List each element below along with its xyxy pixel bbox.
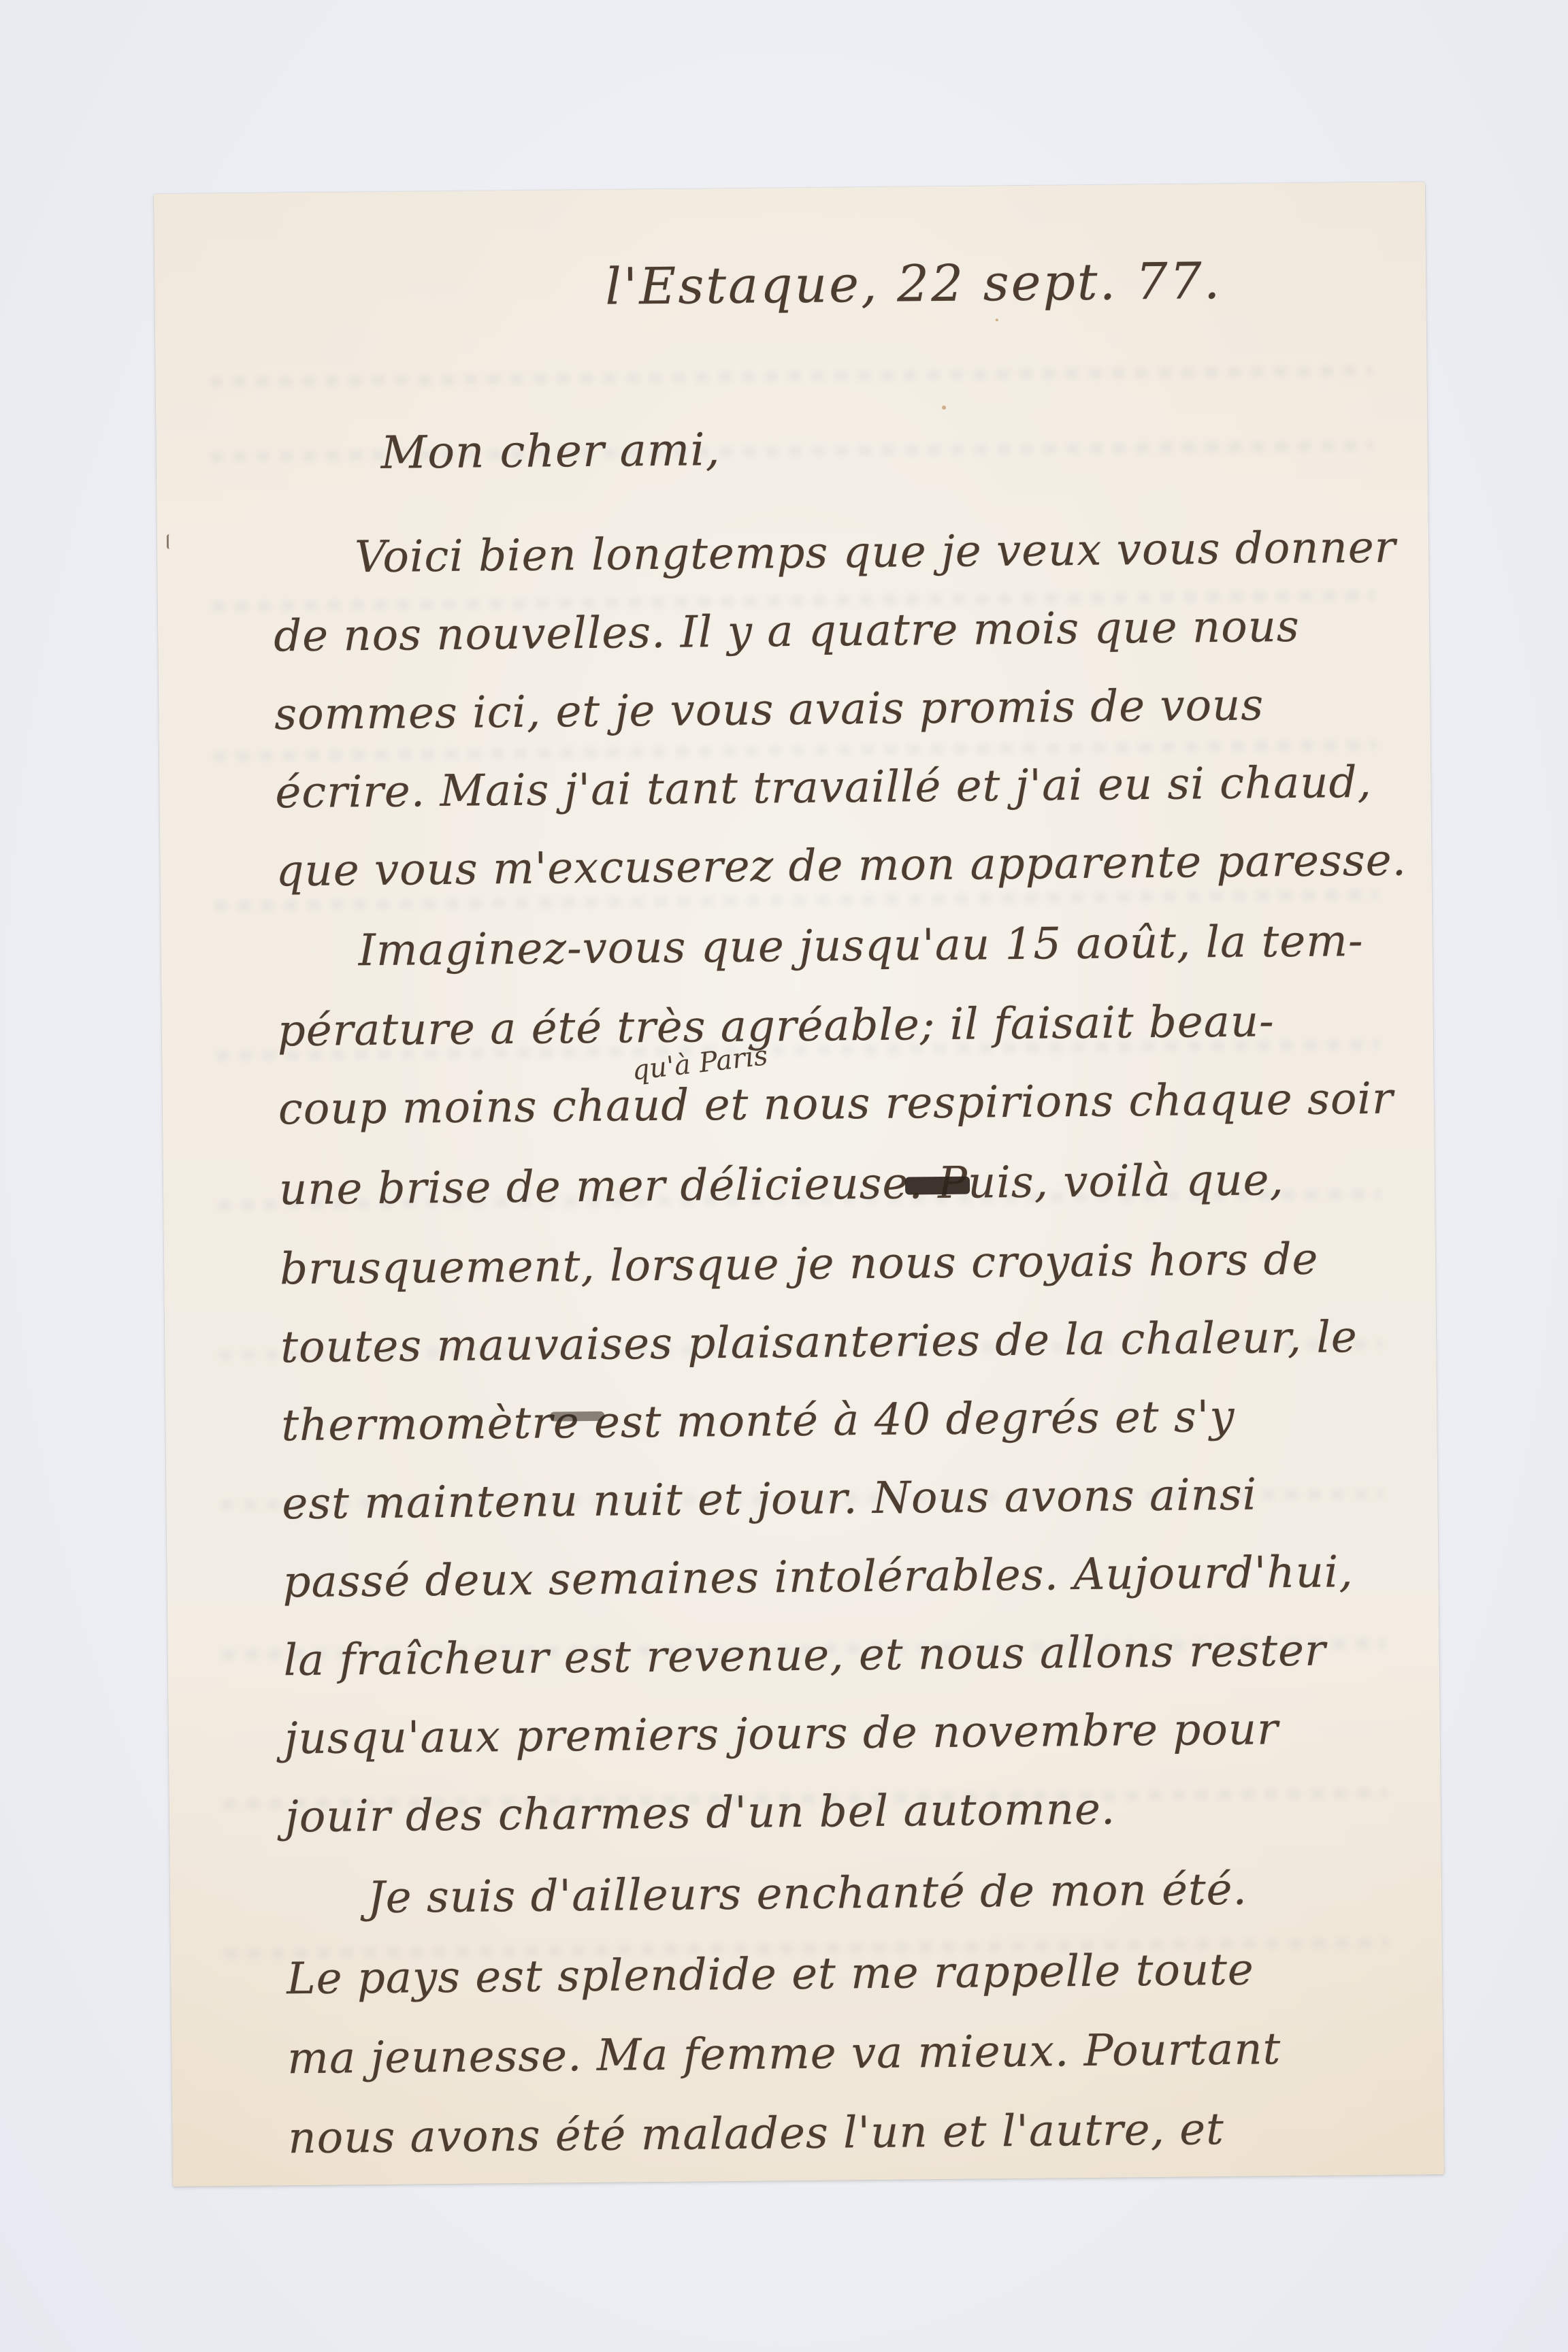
dateline: l'Estaque, 22 sept. 77. (605, 252, 1222, 316)
letter-line: brusquement, lorsque je nous croyais hor… (280, 1235, 1319, 1295)
letter-line: Imaginez-vous que jusqu'au 15 août, la t… (358, 916, 1364, 976)
letter-line: nous avons été malades l'un et l'autre, … (288, 2104, 1224, 2163)
foxing-spot (942, 406, 946, 410)
letter-line: est maintenu nuit et jour. Nous avons ai… (282, 1470, 1257, 1530)
letter-line: passé deux semaines intolérables. Aujour… (282, 1547, 1354, 1607)
letter-line: la fraîcheur est revenue, et nous allons… (283, 1626, 1326, 1686)
letter-line: Voici bien longtemps que je veux vous do… (355, 523, 1396, 583)
letter-line: que vous m'excuserez de mon apparente pa… (276, 835, 1407, 896)
letter-line: Je suis d'ailleurs enchanté de mon été. (367, 1865, 1247, 1923)
letter-sheet: l'Estaque, 22 sept. 77. Mon cher ami, Vo… (154, 182, 1444, 2187)
overwritten-word (550, 1411, 604, 1422)
salutation: Mon cher ami, (380, 423, 721, 479)
letter-line: jouir des charmes d'un bel automne. (285, 1784, 1116, 1843)
bleed-through-texture (214, 740, 1376, 761)
margin-ink-mark (167, 534, 172, 549)
letter-line: coup moins chaud et nous respirions chaq… (278, 1074, 1394, 1135)
letter-line: sommes ici, et je vous avais promis de v… (274, 680, 1264, 740)
letter-line: ma jeunesse. Ma femme va mieux. Pourtant (287, 2024, 1281, 2084)
bleed-through-texture (210, 366, 1373, 387)
letter-line: écrire. Mais j'ai tant travaillé et j'ai… (275, 757, 1372, 818)
letter-line: jusqu'aux premiers jours de novembre pou… (284, 1704, 1279, 1764)
foxing-spot (996, 318, 998, 321)
letter-line: pérature a été très agréable; il faisait… (277, 996, 1275, 1056)
letter-line: Le pays est splendide et me rappelle tou… (287, 1945, 1254, 2005)
letter-line: de nos nouvelles. Il y a quatre mois que… (274, 602, 1300, 661)
letter-line: une brise de mer délicieuse. Puis, voilà… (279, 1155, 1284, 1215)
letter-line: toutes mauvaises plaisanteries de la cha… (280, 1312, 1358, 1373)
struck-out-word (905, 1177, 970, 1195)
letter-line: thermomètre est monté à 40 degrés et s'y (281, 1392, 1235, 1451)
